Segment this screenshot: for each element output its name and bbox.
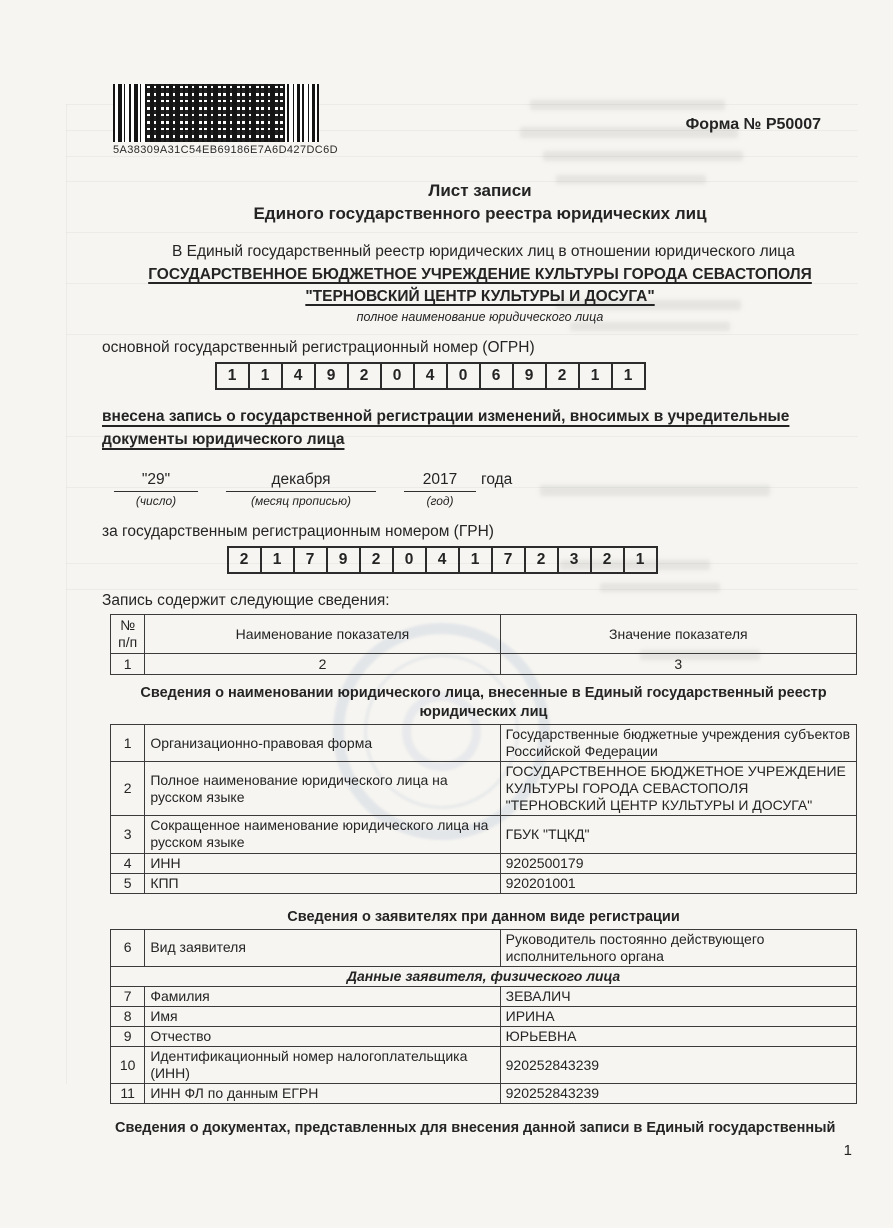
row-name: Фамилия [145, 986, 500, 1006]
row-num: 9 [111, 1026, 145, 1046]
table-row: 6 Вид заявителя Руководитель постоянно д… [111, 929, 857, 966]
ogrn-digit: 1 [611, 362, 646, 390]
intro-text: В Единый государственный реестр юридичес… [102, 242, 858, 262]
ogrn-label: основной государственный регистрационный… [102, 339, 858, 357]
grn-digit: 1 [458, 546, 493, 574]
grn-digit: 7 [293, 546, 328, 574]
ogrn-digit-boxes: 1 1 4 9 2 0 4 0 6 9 2 1 1 [52, 362, 808, 390]
row-num: 2 [111, 762, 145, 816]
header-name: Наименование показателя [145, 615, 500, 654]
table-row: 5 КПП 920201001 [111, 873, 857, 893]
date-year: 2017 [404, 471, 476, 492]
grn-digit: 9 [326, 546, 361, 574]
table-subheader-row: Данные заявителя, физического лица [111, 966, 857, 986]
table-row: 9 Отчество ЮРЬЕВНА [111, 1026, 857, 1046]
table-header-row: № п/п Наименование показателя Значение п… [111, 615, 857, 654]
section-title-name-info: Сведения о наименовании юридического лиц… [110, 684, 857, 722]
name-info-table: 1 Организационно-правовая форма Государс… [110, 724, 857, 894]
ogrn-digit: 4 [413, 362, 448, 390]
row-name: Организационно-правовая форма [145, 725, 500, 762]
organization-name-caption: полное наименование юридического лица [102, 310, 858, 324]
row-value: ЮРЬЕВНА [500, 1026, 856, 1046]
row-num: 5 [111, 873, 145, 893]
date-year-suffix: года [481, 471, 512, 489]
index-cell: 2 [145, 654, 500, 675]
document-title: Лист записи Единого государственного рее… [102, 180, 858, 226]
date-month-caption: (месяц прописью) [226, 494, 376, 508]
barcode-left-bars [113, 84, 147, 142]
document-page: Форма № Р50007 5A38309A31C54EB69186E7A6D… [0, 0, 893, 1228]
header-num: № п/п [111, 615, 145, 654]
row-value: ИРИНА [500, 1006, 856, 1026]
form-number: Форма № Р50007 [686, 116, 821, 134]
grn-digit: 4 [425, 546, 460, 574]
barcode-right-bars [285, 84, 319, 142]
grn-digit: 2 [590, 546, 625, 574]
date-day-block: "29" (число) [114, 471, 198, 508]
row-num: 4 [111, 853, 145, 873]
row-value: ГБУК "ТЦКД" [500, 816, 856, 853]
registration-date: "29" (число) декабря (месяц прописью) 20… [114, 471, 858, 508]
row-value: 920252843239 [500, 1084, 856, 1104]
grn-digit: 2 [359, 546, 394, 574]
ogrn-digit: 2 [347, 362, 382, 390]
row-name: ИНН [145, 853, 500, 873]
ogrn-digit: 1 [215, 362, 250, 390]
grn-digit: 0 [392, 546, 427, 574]
barcode-icon [113, 84, 319, 142]
index-cell: 1 [111, 654, 145, 675]
barcode-number: 5A38309A31C54EB69186E7A6D427DC6D [113, 144, 319, 156]
date-day: "29" [114, 471, 198, 492]
row-value: 920252843239 [500, 1047, 856, 1084]
row-num: 3 [111, 816, 145, 853]
table-row: 11 ИНН ФЛ по данным ЕГРН 920252843239 [111, 1084, 857, 1104]
grn-digit-boxes: 2 1 7 9 2 0 4 1 7 2 3 2 1 [64, 546, 820, 574]
grn-digit: 3 [557, 546, 592, 574]
ogrn-digit: 0 [446, 362, 481, 390]
row-value: 920201001 [500, 873, 856, 893]
row-name: Отчество [145, 1026, 500, 1046]
table-row: 4 ИНН 9202500179 [111, 853, 857, 873]
table-row: 10 Идентификационный номер налогоплатель… [111, 1047, 857, 1084]
grn-digit: 2 [524, 546, 559, 574]
date-year-caption: (год) [404, 494, 476, 508]
row-name: Вид заявителя [145, 929, 500, 966]
ogrn-digit: 4 [281, 362, 316, 390]
row-num: 7 [111, 986, 145, 1006]
section-title-applicants: Сведения о заявителях при данном виде ре… [110, 908, 857, 927]
ogrn-digit: 9 [512, 362, 547, 390]
page-number: 1 [102, 1142, 858, 1159]
row-name: КПП [145, 873, 500, 893]
table-row: 1 Организационно-правовая форма Государс… [111, 725, 857, 762]
ogrn-digit: 6 [479, 362, 514, 390]
row-value: ГОСУДАРСТВЕННОЕ БЮДЖЕТНОЕ УЧРЕЖДЕНИЕ КУЛ… [500, 762, 856, 816]
row-name: Идентификационный номер налогоплательщик… [145, 1047, 500, 1084]
document-content: 5A38309A31C54EB69186E7A6D427DC6D Лист за… [0, 0, 893, 1159]
grn-digit: 1 [623, 546, 658, 574]
title-line1: Лист записи [102, 180, 858, 203]
row-name: Полное наименование юридического лица на… [145, 762, 500, 816]
barcode-matrix [147, 84, 285, 142]
barcode-block: 5A38309A31C54EB69186E7A6D427DC6D [113, 84, 319, 156]
row-num: 1 [111, 725, 145, 762]
row-num: 8 [111, 1006, 145, 1026]
header-value: Значение показателя [500, 615, 856, 654]
row-num: 11 [111, 1084, 145, 1104]
row-name: Имя [145, 1006, 500, 1026]
date-year-block: 2017 года (год) [404, 471, 512, 508]
grn-digit: 2 [227, 546, 262, 574]
grn-digit: 1 [260, 546, 295, 574]
ogrn-digit: 1 [578, 362, 613, 390]
applicants-table: 6 Вид заявителя Руководитель постоянно д… [110, 929, 857, 1105]
row-num: 6 [111, 929, 145, 966]
grn-digit: 7 [491, 546, 526, 574]
ogrn-digit: 0 [380, 362, 415, 390]
date-month: декабря [226, 471, 376, 492]
ogrn-digit: 1 [248, 362, 283, 390]
ogrn-digit: 2 [545, 362, 580, 390]
title-line2: Единого государственного реестра юридиче… [102, 203, 858, 226]
registration-statement: внесена запись о государственной регистр… [102, 406, 832, 451]
date-day-caption: (число) [114, 494, 198, 508]
subheader-cell: Данные заявителя, физического лица [111, 966, 857, 986]
table-row: 2 Полное наименование юридического лица … [111, 762, 857, 816]
grn-label: за государственным регистрационным номер… [102, 523, 858, 541]
index-cell: 3 [500, 654, 856, 675]
record-table-header: № п/п Наименование показателя Значение п… [110, 614, 857, 675]
row-value: 9202500179 [500, 853, 856, 873]
table-row: 3 Сокращенное наименование юридического … [111, 816, 857, 853]
footer-section-title: Сведения о документах, представленных дл… [115, 1120, 858, 1136]
row-value: Государственные бюджетные учреждения суб… [500, 725, 856, 762]
row-name: Сокращенное наименование юридического ли… [145, 816, 500, 853]
row-name: ИНН ФЛ по данным ЕГРН [145, 1084, 500, 1104]
table-row: 8 Имя ИРИНА [111, 1006, 857, 1026]
row-num: 10 [111, 1047, 145, 1084]
table-intro: Запись содержит следующие сведения: [102, 592, 858, 610]
organization-name: ГОСУДАРСТВЕННОЕ БЮДЖЕТНОЕ УЧРЕЖДЕНИЕ КУЛ… [102, 264, 858, 307]
date-month-block: декабря (месяц прописью) [226, 471, 376, 508]
ogrn-digit: 9 [314, 362, 349, 390]
row-value: Руководитель постоянно действующего испо… [500, 929, 856, 966]
column-index-row: 1 2 3 [111, 654, 857, 675]
table-row: 7 Фамилия ЗЕВАЛИЧ [111, 986, 857, 1006]
row-value: ЗЕВАЛИЧ [500, 986, 856, 1006]
